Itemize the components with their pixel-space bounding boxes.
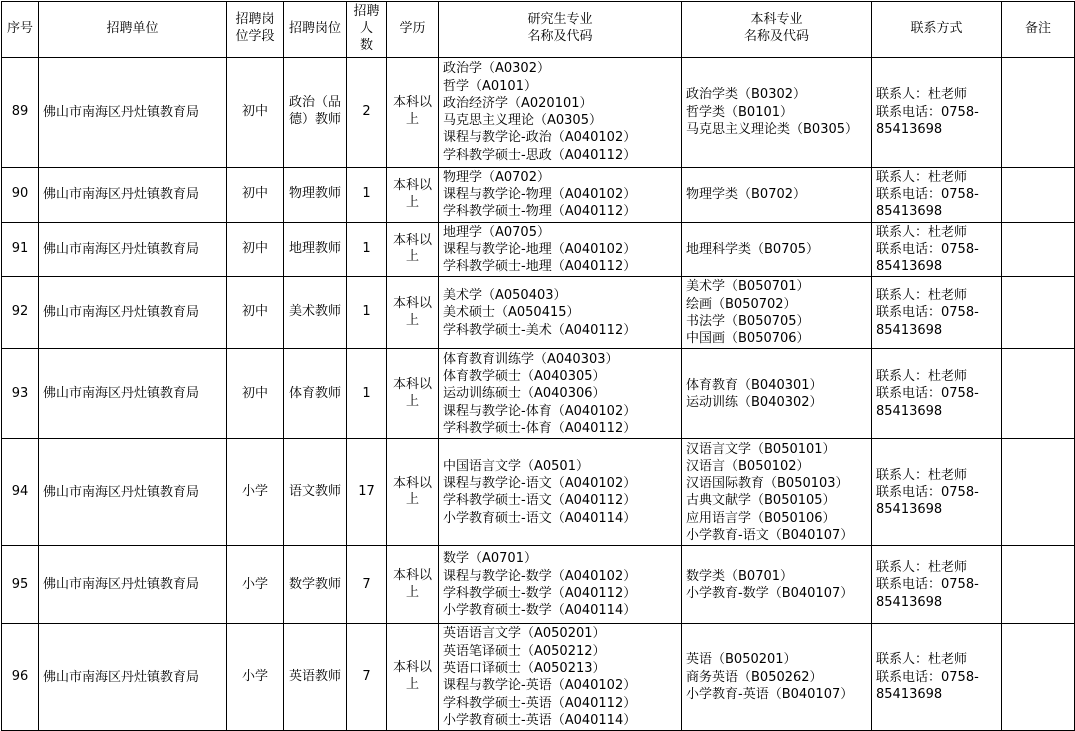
cell-unit: 佛山市南海区丹灶镇教育局 — [39, 277, 227, 349]
cell-undergrad-majors: 英语（B050201） 商务英语（B050262） 小学教育-英语（B04010… — [682, 624, 872, 731]
cell-count: 1 — [347, 167, 387, 222]
cell-contact: 联系人：杜老师 联系电话：0758- 85413698 — [872, 222, 1002, 277]
cell-note — [1002, 439, 1075, 546]
table-row: 96 佛山市南海区丹灶镇教育局 小学 英语教师 7 本科以上 英语语言文学（A0… — [2, 624, 1075, 731]
cell-graduate-majors: 数学（A0701） 课程与教学论-数学（A040102） 学科教学硕士-数学（A… — [439, 546, 682, 624]
cell-stage: 初中 — [227, 167, 284, 222]
cell-position: 美术教师 — [284, 277, 347, 349]
col-header-undergrad-majors: 本科专业 名称及代码 — [682, 2, 872, 58]
cell-position: 政治（品德）教师 — [284, 57, 347, 167]
cell-graduate-majors: 体育教育训练学（A040303） 体育教学硕士（A040305） 运动训练硕士（… — [439, 349, 682, 439]
cell-education: 本科以上 — [387, 277, 439, 349]
col-header-note: 备注 — [1002, 2, 1075, 58]
col-header-graduate-majors: 研究生专业 名称及代码 — [439, 2, 682, 58]
cell-count: 1 — [347, 222, 387, 277]
cell-undergrad-majors: 地理科学类（B0705） — [682, 222, 872, 277]
cell-note — [1002, 624, 1075, 731]
cell-seq: 92 — [2, 277, 39, 349]
cell-position: 物理教师 — [284, 167, 347, 222]
table-row: 95 佛山市南海区丹灶镇教育局 小学 数学教师 7 本科以上 数学（A0701）… — [2, 546, 1075, 624]
cell-position: 语文教师 — [284, 439, 347, 546]
col-header-unit: 招聘单位 — [39, 2, 227, 58]
cell-unit: 佛山市南海区丹灶镇教育局 — [39, 546, 227, 624]
cell-note — [1002, 349, 1075, 439]
cell-note — [1002, 546, 1075, 624]
cell-graduate-majors: 地理学（A0705） 课程与教学论-地理（A040102） 学科教学硕士-地理（… — [439, 222, 682, 277]
cell-seq: 94 — [2, 439, 39, 546]
cell-unit: 佛山市南海区丹灶镇教育局 — [39, 439, 227, 546]
cell-undergrad-majors: 体育教育（B040301） 运动训练（B040302） — [682, 349, 872, 439]
cell-count: 7 — [347, 546, 387, 624]
cell-position: 地理教师 — [284, 222, 347, 277]
cell-note — [1002, 222, 1075, 277]
cell-note — [1002, 57, 1075, 167]
table-row: 90 佛山市南海区丹灶镇教育局 初中 物理教师 1 本科以上 物理学（A0702… — [2, 167, 1075, 222]
header-row: 序号 招聘单位 招聘岗 位学段 招聘岗位 招聘人 数 学历 研究生专业 名称及代… — [2, 2, 1075, 58]
cell-stage: 小学 — [227, 439, 284, 546]
table-row: 89 佛山市南海区丹灶镇教育局 初中 政治（品德）教师 2 本科以上 政治学（A… — [2, 57, 1075, 167]
cell-undergrad-majors: 数学类（B0701） 小学教育-数学（B040107） — [682, 546, 872, 624]
cell-seq: 93 — [2, 349, 39, 439]
cell-contact: 联系人：杜老师 联系电话：0758- 85413698 — [872, 546, 1002, 624]
cell-seq: 91 — [2, 222, 39, 277]
col-header-seq: 序号 — [2, 2, 39, 58]
cell-stage: 小学 — [227, 624, 284, 731]
cell-undergrad-majors: 美术学（B050701） 绘画（B050702） 书法学（B050705） 中国… — [682, 277, 872, 349]
cell-education: 本科以上 — [387, 546, 439, 624]
cell-undergrad-majors: 物理学类（B0702） — [682, 167, 872, 222]
table-row: 91 佛山市南海区丹灶镇教育局 初中 地理教师 1 本科以上 地理学（A0705… — [2, 222, 1075, 277]
cell-unit: 佛山市南海区丹灶镇教育局 — [39, 167, 227, 222]
col-header-contact: 联系方式 — [872, 2, 1002, 58]
cell-graduate-majors: 美术学（A050403） 美术硕士（A050415） 学科教学硕士-美术（A04… — [439, 277, 682, 349]
recruitment-table: 序号 招聘单位 招聘岗 位学段 招聘岗位 招聘人 数 学历 研究生专业 名称及代… — [1, 1, 1075, 731]
cell-contact: 联系人：杜老师 联系电话：0758- 85413698 — [872, 624, 1002, 731]
cell-stage: 初中 — [227, 277, 284, 349]
table-row: 92 佛山市南海区丹灶镇教育局 初中 美术教师 1 本科以上 美术学（A0504… — [2, 277, 1075, 349]
col-header-position: 招聘岗位 — [284, 2, 347, 58]
cell-stage: 初中 — [227, 349, 284, 439]
cell-position: 英语教师 — [284, 624, 347, 731]
cell-unit: 佛山市南海区丹灶镇教育局 — [39, 624, 227, 731]
col-header-count: 招聘人 数 — [347, 2, 387, 58]
cell-count: 1 — [347, 277, 387, 349]
cell-contact: 联系人：杜老师 联系电话：0758- 85413698 — [872, 167, 1002, 222]
cell-stage: 初中 — [227, 57, 284, 167]
cell-position: 数学教师 — [284, 546, 347, 624]
col-header-education: 学历 — [387, 2, 439, 58]
cell-education: 本科以上 — [387, 57, 439, 167]
cell-undergrad-majors: 汉语言文学（B050101） 汉语言（B050102） 汉语国际教育（B0501… — [682, 439, 872, 546]
col-header-stage: 招聘岗 位学段 — [227, 2, 284, 58]
cell-undergrad-majors: 政治学类（B0302） 哲学类（B0101） 马克思主义理论类（B0305） — [682, 57, 872, 167]
cell-seq: 95 — [2, 546, 39, 624]
table-row: 94 佛山市南海区丹灶镇教育局 小学 语文教师 17 本科以上 中国语言文学（A… — [2, 439, 1075, 546]
cell-education: 本科以上 — [387, 167, 439, 222]
cell-seq: 96 — [2, 624, 39, 731]
cell-contact: 联系人：杜老师 联系电话：0758- 85413698 — [872, 277, 1002, 349]
cell-education: 本科以上 — [387, 222, 439, 277]
cell-note — [1002, 277, 1075, 349]
cell-seq: 89 — [2, 57, 39, 167]
cell-seq: 90 — [2, 167, 39, 222]
cell-count: 1 — [347, 349, 387, 439]
cell-position: 体育教师 — [284, 349, 347, 439]
cell-graduate-majors: 物理学（A0702） 课程与教学论-物理（A040102） 学科教学硕士-物理（… — [439, 167, 682, 222]
table-row: 93 佛山市南海区丹灶镇教育局 初中 体育教师 1 本科以上 体育教育训练学（A… — [2, 349, 1075, 439]
cell-contact: 联系人：杜老师 联系电话：0758- 85413698 — [872, 349, 1002, 439]
cell-education: 本科以上 — [387, 349, 439, 439]
cell-note — [1002, 167, 1075, 222]
cell-stage: 初中 — [227, 222, 284, 277]
cell-count: 2 — [347, 57, 387, 167]
cell-graduate-majors: 政治学（A0302） 哲学（A0101） 政治经济学（A020101） 马克思主… — [439, 57, 682, 167]
cell-unit: 佛山市南海区丹灶镇教育局 — [39, 222, 227, 277]
cell-education: 本科以上 — [387, 624, 439, 731]
cell-graduate-majors: 中国语言文学（A0501） 课程与教学论-语文（A040102） 学科教学硕士-… — [439, 439, 682, 546]
cell-count: 17 — [347, 439, 387, 546]
cell-contact: 联系人：杜老师 联系电话：0758- 85413698 — [872, 57, 1002, 167]
cell-count: 7 — [347, 624, 387, 731]
cell-unit: 佛山市南海区丹灶镇教育局 — [39, 349, 227, 439]
cell-stage: 小学 — [227, 546, 284, 624]
cell-education: 本科以上 — [387, 439, 439, 546]
cell-unit: 佛山市南海区丹灶镇教育局 — [39, 57, 227, 167]
cell-graduate-majors: 英语语言文学（A050201） 英语笔译硕士（A050212） 英语口译硕士（A… — [439, 624, 682, 731]
cell-contact: 联系人：杜老师 联系电话：0758- 85413698 — [872, 439, 1002, 546]
